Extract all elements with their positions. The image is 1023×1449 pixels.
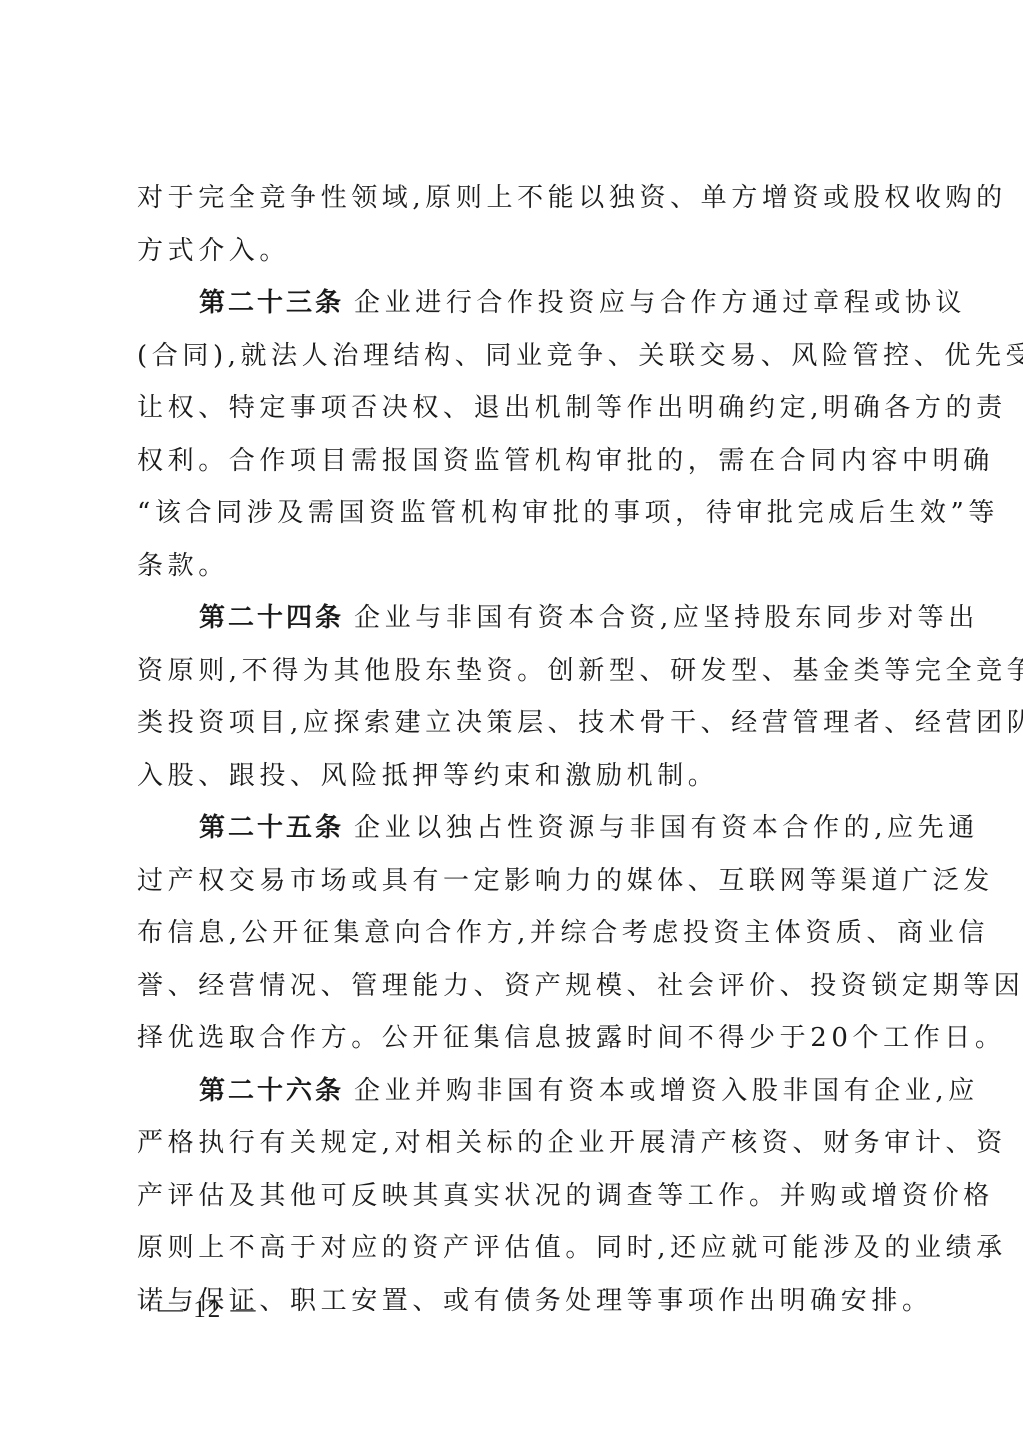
text-line: 产评估及其他可反映其真实状况的调查等工作。并购或增资价格	[137, 1170, 885, 1223]
text-line: 让权、特定事项否决权、退出机制等作出明确约定,明确各方的责	[137, 382, 885, 435]
article-text: 企业进行合作投资应与合作方通过章程或协议	[354, 288, 966, 318]
text-line: 资原则,不得为其他股东垫资。创新型、研发型、基金类等完全竞争	[137, 645, 885, 698]
article-number: 第二十六条	[199, 1076, 344, 1106]
text-line: 第二十六条企业并购非国有资本或增资入股非国有企业,应	[137, 1065, 885, 1118]
text-line: 权利。合作项目需报国资监管机构审批的，需在合同内容中明确	[137, 435, 885, 488]
text-line: 第二十五条企业以独占性资源与非国有资本合作的,应先通	[137, 802, 885, 855]
article-24: 第二十四条企业与非国有资本合资,应坚持股东同步对等出 资原则,不得为其他股东垫资…	[137, 592, 885, 802]
text-line: 第二十三条企业进行合作投资应与合作方通过章程或协议	[137, 277, 885, 330]
article-23: 第二十三条企业进行合作投资应与合作方通过章程或协议 (合同),就法人治理结构、同…	[137, 277, 885, 592]
text-line: 对于完全竞争性领域,原则上不能以独资、单方增资或股权收购的	[137, 172, 885, 225]
article-number: 第二十五条	[199, 813, 344, 843]
article-number: 第二十三条	[199, 288, 344, 318]
article-number: 第二十四条	[199, 603, 344, 633]
article-text: 企业与非国有资本合资,应坚持股东同步对等出	[354, 603, 979, 633]
text-line: 誉、经营情况、管理能力、资产规模、社会评价、投资锁定期等因素	[137, 960, 885, 1013]
text-line: 条款。	[137, 540, 885, 593]
text-line: 原则上不高于对应的资产评估值。同时,还应就可能涉及的业绩承	[137, 1222, 885, 1275]
article-text: 企业以独占性资源与非国有资本合作的,应先通	[354, 813, 979, 843]
document-page: 对于完全竞争性领域,原则上不能以独资、单方增资或股权收购的 方式介入。 第二十三…	[137, 172, 885, 1327]
text-line: 第二十四条企业与非国有资本合资,应坚持股东同步对等出	[137, 592, 885, 645]
text-line: 入股、跟投、风险抵押等约束和激励机制。	[137, 750, 885, 803]
text-line: 方式介入。	[137, 225, 885, 278]
paragraph-continuation: 对于完全竞争性领域,原则上不能以独资、单方增资或股权收购的 方式介入。	[137, 172, 885, 277]
article-26: 第二十六条企业并购非国有资本或增资入股非国有企业,应 严格执行有关规定,对相关标…	[137, 1065, 885, 1328]
text-line: 类投资项目,应探索建立决策层、技术骨干、经营管理者、经营团队	[137, 697, 885, 750]
text-line: 过产权交易市场或具有一定影响力的媒体、互联网等渠道广泛发	[137, 855, 885, 908]
text-line: 严格执行有关规定,对相关标的企业开展清产核资、财务审计、资	[137, 1117, 885, 1170]
text-line: “该合同涉及需国资监管机构审批的事项，待审批完成后生效”等	[137, 487, 885, 540]
article-25: 第二十五条企业以独占性资源与非国有资本合作的,应先通 过产权交易市场或具有一定影…	[137, 802, 885, 1065]
text-line: (合同),就法人治理结构、同业竞争、关联交易、风险管控、优先受	[137, 330, 885, 383]
page-number: — 12 —	[158, 1296, 258, 1324]
article-text: 企业并购非国有资本或增资入股非国有企业,应	[354, 1076, 979, 1106]
text-line: 择优选取合作方。公开征集信息披露时间不得少于20个工作日。	[137, 1012, 885, 1065]
text-line: 布信息,公开征集意向合作方,并综合考虑投资主体资质、商业信	[137, 907, 885, 960]
